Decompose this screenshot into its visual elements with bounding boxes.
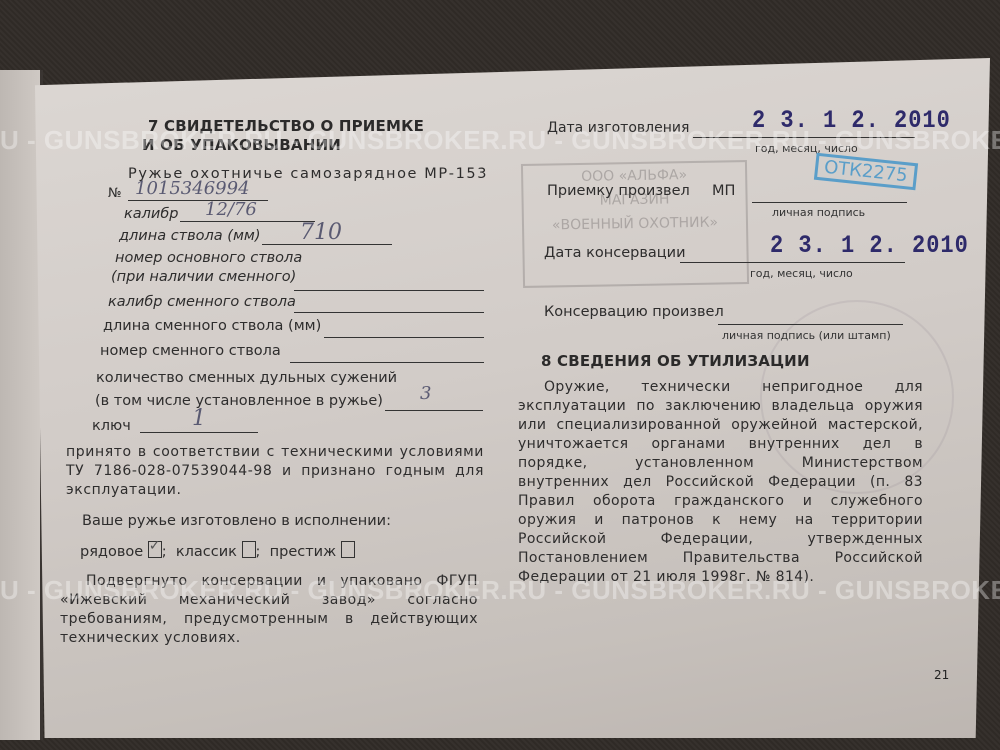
version-ordinary-label: рядовое bbox=[80, 544, 143, 560]
conservation-date-line bbox=[680, 262, 905, 263]
version-heading: Ваше ружье изготовлено в исполнении: bbox=[82, 513, 391, 529]
faint-stamp-line: «ВОЕННЫЙ ОХОТНИК» bbox=[524, 210, 746, 238]
conserved-by-label: Консервацию произвел bbox=[544, 304, 724, 320]
version-prestige-label: престиж bbox=[270, 544, 337, 560]
spare-caliber-line bbox=[294, 312, 484, 313]
disposal-paragraph: Оружие, технически непригодное для экспл… bbox=[518, 378, 923, 587]
main-barrel-number-sublabel: (при наличии сменного) bbox=[111, 269, 296, 285]
separator: ; bbox=[162, 544, 167, 560]
barrel-length-label: длина ствола (мм) bbox=[119, 228, 260, 244]
number-label: № bbox=[108, 186, 122, 201]
version-classic-checkbox[interactable] bbox=[242, 541, 256, 558]
chokes-line bbox=[385, 410, 483, 411]
caliber-line bbox=[180, 221, 315, 222]
conservation-date-stamp: 2 3. 1 2. 2010 bbox=[770, 231, 969, 260]
conservation-date-hint: год, месяц, число bbox=[750, 267, 853, 280]
separator: ; bbox=[256, 544, 261, 560]
key-label: ключ bbox=[92, 418, 131, 434]
spare-caliber-label: калибр сменного ствола bbox=[108, 294, 296, 310]
chokes-value: 3 bbox=[420, 383, 431, 404]
accepted-signature-line bbox=[752, 202, 907, 203]
accepted-signature-hint: личная подпись bbox=[772, 206, 865, 219]
disposal-text: Оружие, технически непригодное для экспл… bbox=[518, 378, 923, 587]
faint-shop-stamp: ООО «АЛЬФА» МАГАЗИН «ВОЕННЫЙ ОХОТНИК» bbox=[521, 160, 749, 288]
mp-label: МП bbox=[712, 183, 735, 199]
conserved-by-hint: личная подпись (или штамп) bbox=[722, 329, 891, 342]
version-prestige-checkbox[interactable] bbox=[341, 541, 355, 558]
spare-number-line bbox=[290, 362, 484, 363]
conservation-date-label: Дата консервации bbox=[544, 245, 686, 261]
caliber-value: 12/76 bbox=[205, 199, 257, 220]
acceptance-text: принято в соответствии с техническими ус… bbox=[66, 443, 484, 500]
main-barrel-number-label: номер основного ствола bbox=[115, 250, 302, 266]
barrel-length-value: 710 bbox=[300, 220, 342, 245]
version-classic-label: классик bbox=[176, 544, 237, 560]
key-line bbox=[140, 432, 258, 433]
chokes-label: количество сменных дульных сужений bbox=[96, 370, 397, 386]
page-number: 21 bbox=[934, 668, 949, 682]
chokes-sublabel: (в том числе установленное в ружье) bbox=[95, 393, 383, 409]
acceptance-paragraph: принято в соответствии с техническими ус… bbox=[66, 443, 484, 500]
version-options: рядовое ✓; классик ; престиж bbox=[80, 541, 355, 560]
watermark-bottom: U - GUNSBROKER.RU - GUNSBROKER.RU - GUNS… bbox=[0, 575, 1000, 606]
key-value: 1 bbox=[192, 406, 206, 431]
spare-length-line bbox=[324, 337, 484, 338]
version-ordinary-checkbox[interactable]: ✓ bbox=[148, 541, 162, 558]
caliber-label: калибр bbox=[124, 206, 178, 222]
accepted-by-label: Приемку произвел bbox=[547, 183, 690, 199]
section8-title: 8 СВЕДЕНИЯ ОБ УТИЛИЗАЦИИ bbox=[541, 352, 810, 370]
watermark-top: U - GUNSBROKER.RU - GUNSBROKER.RU - GUNS… bbox=[0, 125, 1000, 156]
spare-length-label: длина сменного ствола (мм) bbox=[103, 318, 321, 334]
checkmark-icon: ✓ bbox=[149, 538, 161, 554]
spare-number-label: номер сменного ствола bbox=[100, 343, 281, 359]
main-barrel-number-line bbox=[294, 290, 484, 291]
serial-number-value: 1015346994 bbox=[135, 178, 250, 199]
conserved-by-line bbox=[718, 324, 903, 325]
